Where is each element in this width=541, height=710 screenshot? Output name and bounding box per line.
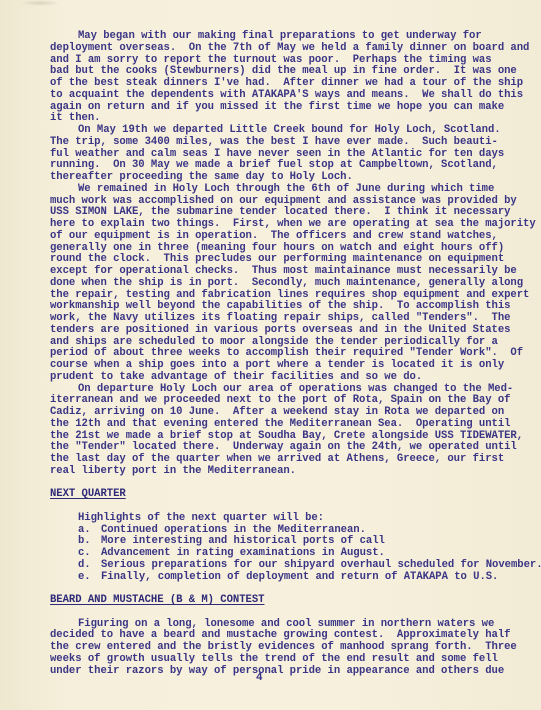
text-line: course when a ship goes into a port wher… bbox=[50, 360, 540, 372]
paragraph-holy-loch-tenders: We remained in Holy Loch through the 6th… bbox=[50, 184, 540, 384]
paragraph-departure-little-creek: On May 19th we departed Little Creek bou… bbox=[50, 125, 540, 184]
list-marker: e. bbox=[78, 572, 101, 584]
text-line: to acquaint the dependents with ATAKAPA'… bbox=[50, 90, 540, 102]
page-number: 4 bbox=[256, 672, 263, 684]
text-line: of the best steak dinners I've had. Afte… bbox=[50, 78, 540, 90]
text-line: Cadiz, arriving on 10 June. After a week… bbox=[50, 407, 540, 419]
section-heading: NEXT QUARTER bbox=[50, 489, 540, 501]
list-marker: c. bbox=[78, 548, 101, 560]
list-item-text: Serious preparations for our shipyard ov… bbox=[101, 559, 541, 571]
text-line: On May 19th we departed Little Creek bou… bbox=[50, 125, 540, 137]
spacer bbox=[50, 607, 540, 619]
scan-smudge bbox=[20, 0, 60, 6]
list-item-text: Advancement in rating examinations in Au… bbox=[101, 547, 385, 559]
spacer bbox=[50, 501, 540, 513]
text-line: again on return and if you missed it the… bbox=[50, 102, 540, 114]
text-line: work, the Navy utilizes its floating rep… bbox=[50, 313, 540, 325]
text-line: here to explain two things. First, when … bbox=[50, 219, 540, 231]
paragraph-mediterranean: On departure Holy Loch our area of opera… bbox=[50, 384, 540, 478]
list-marker: d. bbox=[78, 560, 101, 572]
text-line: deployment overseas. On the 7th of May w… bbox=[50, 43, 540, 55]
text-line: of our equipment is in operation. The of… bbox=[50, 231, 540, 243]
text-line: under their razors by way of personal pr… bbox=[50, 666, 540, 678]
list-item-text: Continued operations in the Mediterranea… bbox=[101, 524, 366, 536]
section-next-quarter: NEXT QUARTER Highlights of the next quar… bbox=[50, 489, 540, 583]
text-line: prudent to take advantage of their facil… bbox=[50, 372, 540, 384]
list-item-text: More interesting and historical ports of… bbox=[101, 535, 385, 547]
text-line: done when the ship is in port. Secondly,… bbox=[50, 278, 540, 290]
text-line: We remained in Holy Loch through the 6th… bbox=[50, 184, 540, 196]
text-line: the crew entered and the bristly evidenc… bbox=[50, 642, 540, 654]
text-line: except for operational checks. Thus most… bbox=[50, 266, 540, 278]
text-line: real liberty port in the Mediterranean. bbox=[50, 466, 540, 478]
text-line: thereafter proceeding the same day to Ho… bbox=[50, 172, 540, 184]
list-item-text: Finally, completion of deployment and re… bbox=[101, 571, 498, 583]
typewritten-page: May began with our making final preparat… bbox=[50, 31, 540, 677]
section-heading: BEARD AND MUSTACHE (B & M) CONTEST bbox=[50, 595, 540, 607]
section-beard-contest: BEARD AND MUSTACHE (B & M) CONTEST Figur… bbox=[50, 595, 540, 677]
text-line: the 12th and that evening entered the Me… bbox=[50, 419, 540, 431]
text-line: May began with our making final preparat… bbox=[50, 31, 540, 43]
list-item: e.Finally, completion of deployment and … bbox=[50, 572, 540, 584]
paragraph-family-dinner: May began with our making final preparat… bbox=[50, 31, 540, 125]
text-line: tenders are positioned in various ports … bbox=[50, 325, 540, 337]
text-line: the last day of the quarter when we arri… bbox=[50, 454, 540, 466]
text-line: The trip, some 3400 miles, was the best … bbox=[50, 137, 540, 149]
text-line: weeks of growth usually tells the trend … bbox=[50, 654, 540, 666]
